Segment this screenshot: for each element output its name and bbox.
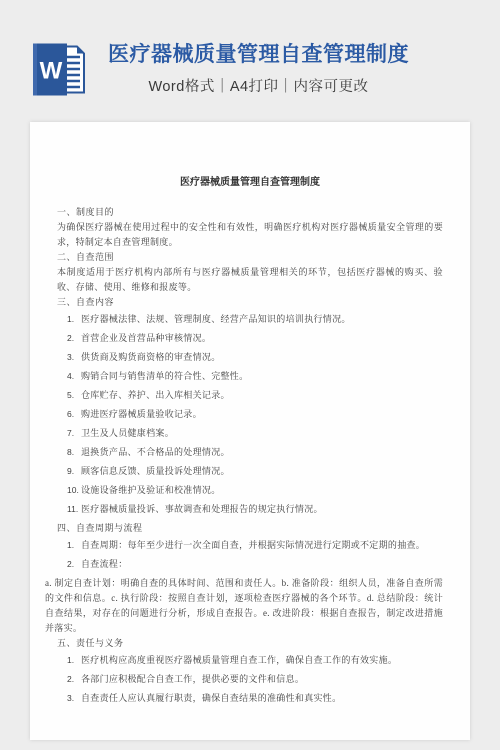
document-page: 医疗器械质量管理自查管理制度 一、制度目的为确保医疗器械在使用过程中的安全性和有…	[30, 122, 470, 740]
list-item-number: 1.	[67, 538, 81, 553]
list-item: 8.退换货产品、不合格品的处理情况。	[67, 445, 443, 460]
list-item-text: 医疗机构应高度重视医疗器械质量管理自查工作，确保自查工作的有效实施。	[81, 653, 443, 668]
document-list: 1.医疗机构应高度重视医疗器械质量管理自查工作，确保自查工作的有效实施。2.各部…	[57, 653, 443, 706]
list-item-text: 自查责任人应认真履行职责，确保自查结果的准确性和真实性。	[81, 691, 443, 706]
list-item-text: 医疗器械法律、法规、管理制度、经营产品知识的培训执行情况。	[81, 312, 443, 327]
list-item: 2.各部门应积极配合自查工作，提供必要的文件和信息。	[67, 672, 443, 687]
list-item: 7.卫生及人员健康档案。	[67, 426, 443, 441]
section-heading: 三、自查内容	[57, 295, 443, 310]
list-item: 5.仓库贮存、养护、出入库相关记录。	[67, 388, 443, 403]
list-item-number: 11.	[67, 502, 81, 517]
paragraph: 为确保医疗器械在使用过程中的安全性和有效性，明确医疗机构对医疗器械质量安全管理的…	[57, 220, 443, 250]
list-item-number: 2.	[67, 557, 81, 572]
list-item-text: 首营企业及首营品种审核情况。	[81, 331, 443, 346]
list-item-number: 5.	[67, 388, 81, 403]
list-item: 3.供货商及购货商资格的审查情况。	[67, 350, 443, 365]
word-icon-letter: W	[40, 57, 63, 84]
list-item: 2.首营企业及首营品种审核情况。	[67, 331, 443, 346]
list-item-text: 购销合同与销售清单的符合性、完整性。	[81, 369, 443, 384]
document-title: 医疗器械质量管理自查管理制度	[57, 175, 443, 190]
list-item-text: 供货商及购货商资格的审查情况。	[81, 350, 443, 365]
header: W 医疗器械质量管理自查管理制度 Word格式｜A4打印｜内容可更改	[0, 0, 500, 100]
list-item-number: 9.	[67, 464, 81, 479]
list-item-text: 退换货产品、不合格品的处理情况。	[81, 445, 443, 460]
section-heading: 四、自查周期与流程	[57, 521, 443, 536]
list-item: 11.医疗器械质量投诉、事故调查和处理报告的规定执行情况。	[67, 502, 443, 517]
list-item-text: 设施设备维护及验证和校准情况。	[81, 483, 443, 498]
list-item-text: 自查流程：	[81, 557, 443, 572]
list-item: 4.购销合同与销售清单的符合性、完整性。	[67, 369, 443, 384]
page-subtitle: Word格式｜A4打印｜内容可更改	[87, 75, 430, 96]
document-list: 1.医疗器械法律、法规、管理制度、经营产品知识的培训执行情况。2.首营企业及首营…	[57, 312, 443, 517]
list-item-number: 4.	[67, 369, 81, 384]
list-item-number: 3.	[67, 350, 81, 365]
page-title: 医疗器械质量管理自查管理制度	[87, 43, 430, 67]
list-item-number: 2.	[67, 331, 81, 346]
list-item: 10.设施设备维护及验证和校准情况。	[67, 483, 443, 498]
list-item: 6.购进医疗器械质量验收记录。	[67, 407, 443, 422]
list-item-number: 1.	[67, 312, 81, 327]
word-icon: W	[33, 43, 87, 96]
list-item-text: 卫生及人员健康档案。	[81, 426, 443, 441]
list-item-number: 10.	[67, 483, 81, 498]
list-item: 1.医疗器械法律、法规、管理制度、经营产品知识的培训执行情况。	[67, 312, 443, 327]
list-item-number: 6.	[67, 407, 81, 422]
list-item: 1.医疗机构应高度重视医疗器械质量管理自查工作，确保自查工作的有效实施。	[67, 653, 443, 668]
header-text: 医疗器械质量管理自查管理制度 Word格式｜A4打印｜内容可更改	[87, 43, 430, 96]
list-item: 3.自查责任人应认真履行职责，确保自查结果的准确性和真实性。	[67, 691, 443, 706]
list-item-text: 医疗器械质量投诉、事故调查和处理报告的规定执行情况。	[81, 502, 443, 517]
section-heading: 二、自查范围	[57, 250, 443, 265]
document-list: 1.自查周期：每年至少进行一次全面自查，并根据实际情况进行定期或不定期的抽查。2…	[57, 538, 443, 572]
list-item-text: 仓库贮存、养护、出入库相关记录。	[81, 388, 443, 403]
list-item-text: 购进医疗器械质量验收记录。	[81, 407, 443, 422]
document-content: 一、制度目的为确保医疗器械在使用过程中的安全性和有效性，明确医疗机构对医疗器械质…	[57, 205, 443, 706]
list-item-number: 7.	[67, 426, 81, 441]
list-item-text: 各部门应积极配合自查工作，提供必要的文件和信息。	[81, 672, 443, 687]
list-item-text: 自查周期：每年至少进行一次全面自查，并根据实际情况进行定期或不定期的抽查。	[81, 538, 443, 553]
list-item-number: 8.	[67, 445, 81, 460]
section-heading: 一、制度目的	[57, 205, 443, 220]
list-item-number: 2.	[67, 672, 81, 687]
list-item-number: 1.	[67, 653, 81, 668]
list-item: 2.自查流程：	[67, 557, 443, 572]
list-item-text: 顾客信息反馈、质量投诉处理情况。	[81, 464, 443, 479]
list-item-number: 3.	[67, 691, 81, 706]
paragraph: 本制度适用于医疗机构内部所有与医疗器械质量管理相关的环节，包括医疗器械的购买、验…	[57, 265, 443, 295]
section-heading: 五、责任与义务	[57, 636, 443, 651]
list-item: 1.自查周期：每年至少进行一次全面自查，并根据实际情况进行定期或不定期的抽查。	[67, 538, 443, 553]
list-item: 9.顾客信息反馈、质量投诉处理情况。	[67, 464, 443, 479]
paragraph: a. 制定自查计划：明确自查的具体时间、范围和责任人。b. 准备阶段：组织人员，…	[45, 576, 443, 636]
